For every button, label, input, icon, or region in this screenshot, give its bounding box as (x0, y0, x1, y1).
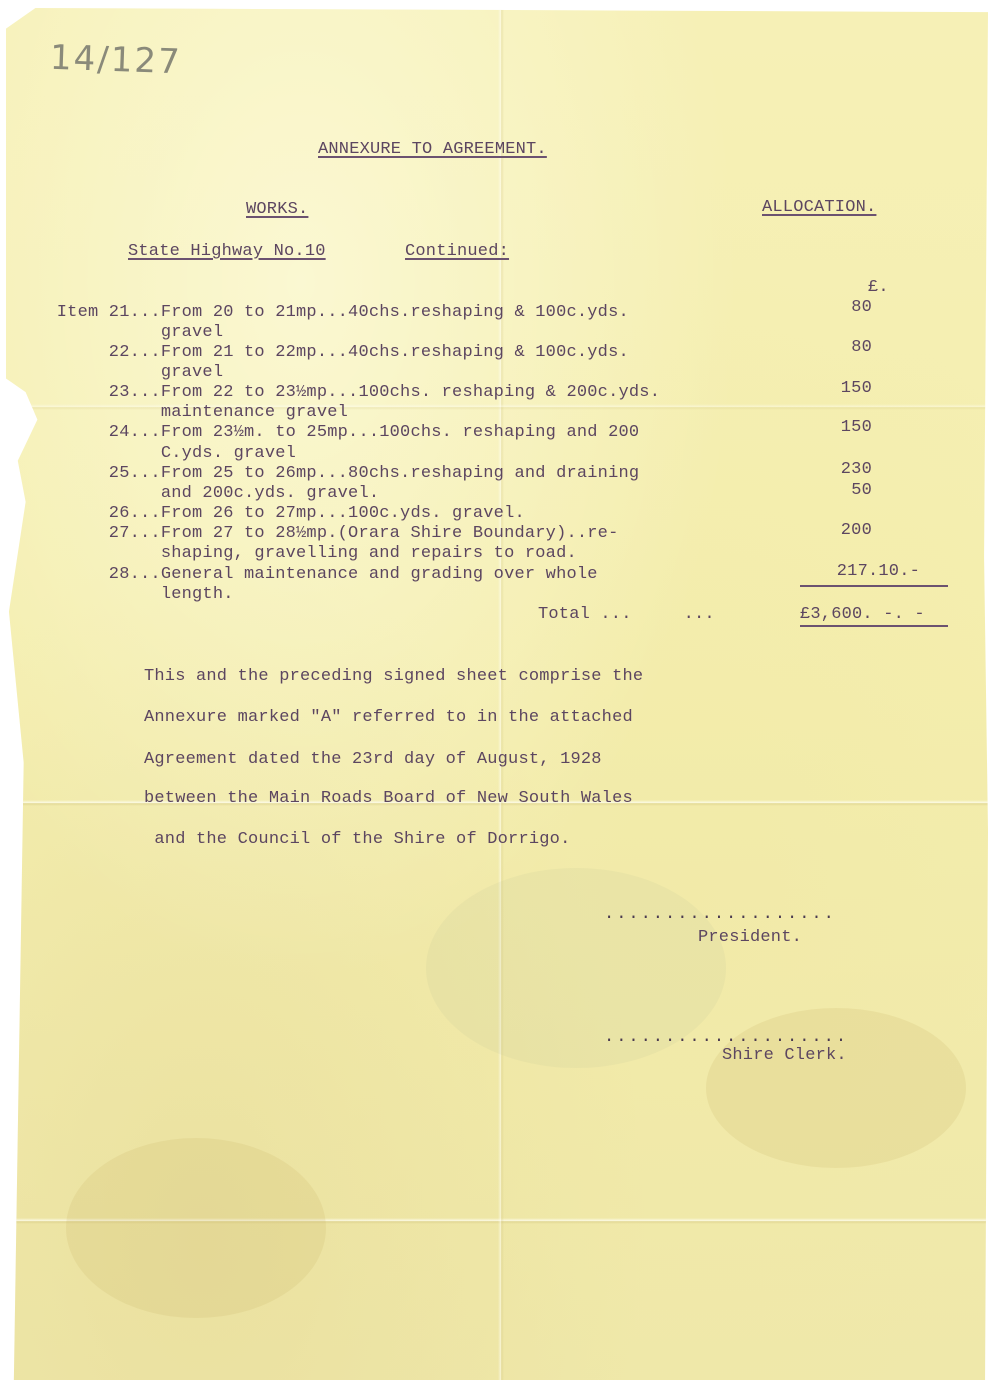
statement-line-4: between the Main Roads Board of New Sout… (144, 789, 633, 808)
shire-clerk-label: Shire Clerk. (722, 1046, 847, 1065)
allocation-item-26: 50 (851, 481, 872, 500)
shire-clerk-signature-line: .................... (604, 1028, 848, 1047)
allocation-item-24: 150 (841, 418, 872, 437)
works-item-28-cont: length. (140, 566, 840, 604)
allocation-item-25: 230 (841, 460, 872, 479)
section-continued: Continued: (405, 242, 509, 261)
allocation-item-23: 150 (841, 379, 872, 398)
section-heading: State Highway No.10 (128, 242, 326, 261)
statement-line-1: This and the preceding signed sheet comp… (144, 667, 643, 686)
allocation-item-22: 80 (851, 338, 872, 357)
statement-line-3: Agreement dated the 23rd day of August, … (144, 750, 602, 769)
stain (66, 1138, 326, 1318)
president-signature-line: ................... (604, 905, 836, 924)
allocation-item-28: 217.10.- (837, 562, 920, 581)
statement-line-2: Annexure marked "A" referred to in the a… (144, 708, 633, 727)
total-label: Total ... ... (538, 605, 715, 624)
currency-symbol: £. (868, 278, 889, 297)
allocation-item-27: 200 (841, 521, 872, 540)
subtotal-rule (800, 585, 948, 587)
fold-crease-vertical (498, 8, 504, 1380)
works-column-header: WORKS. (246, 200, 308, 219)
item-description-cont: length. (161, 585, 234, 604)
document-title: ANNEXURE TO AGREEMENT. (318, 140, 547, 159)
president-label: President. (698, 928, 802, 947)
allocation-item-21: 80 (851, 298, 872, 317)
total-value: £3,600. -. - (800, 605, 925, 624)
total-rule (800, 625, 948, 627)
handwritten-reference: 14/127 (49, 38, 182, 83)
allocation-column-header: ALLOCATION. (762, 198, 876, 217)
statement-line-5: and the Council of the Shire of Dorrigo. (144, 830, 570, 849)
